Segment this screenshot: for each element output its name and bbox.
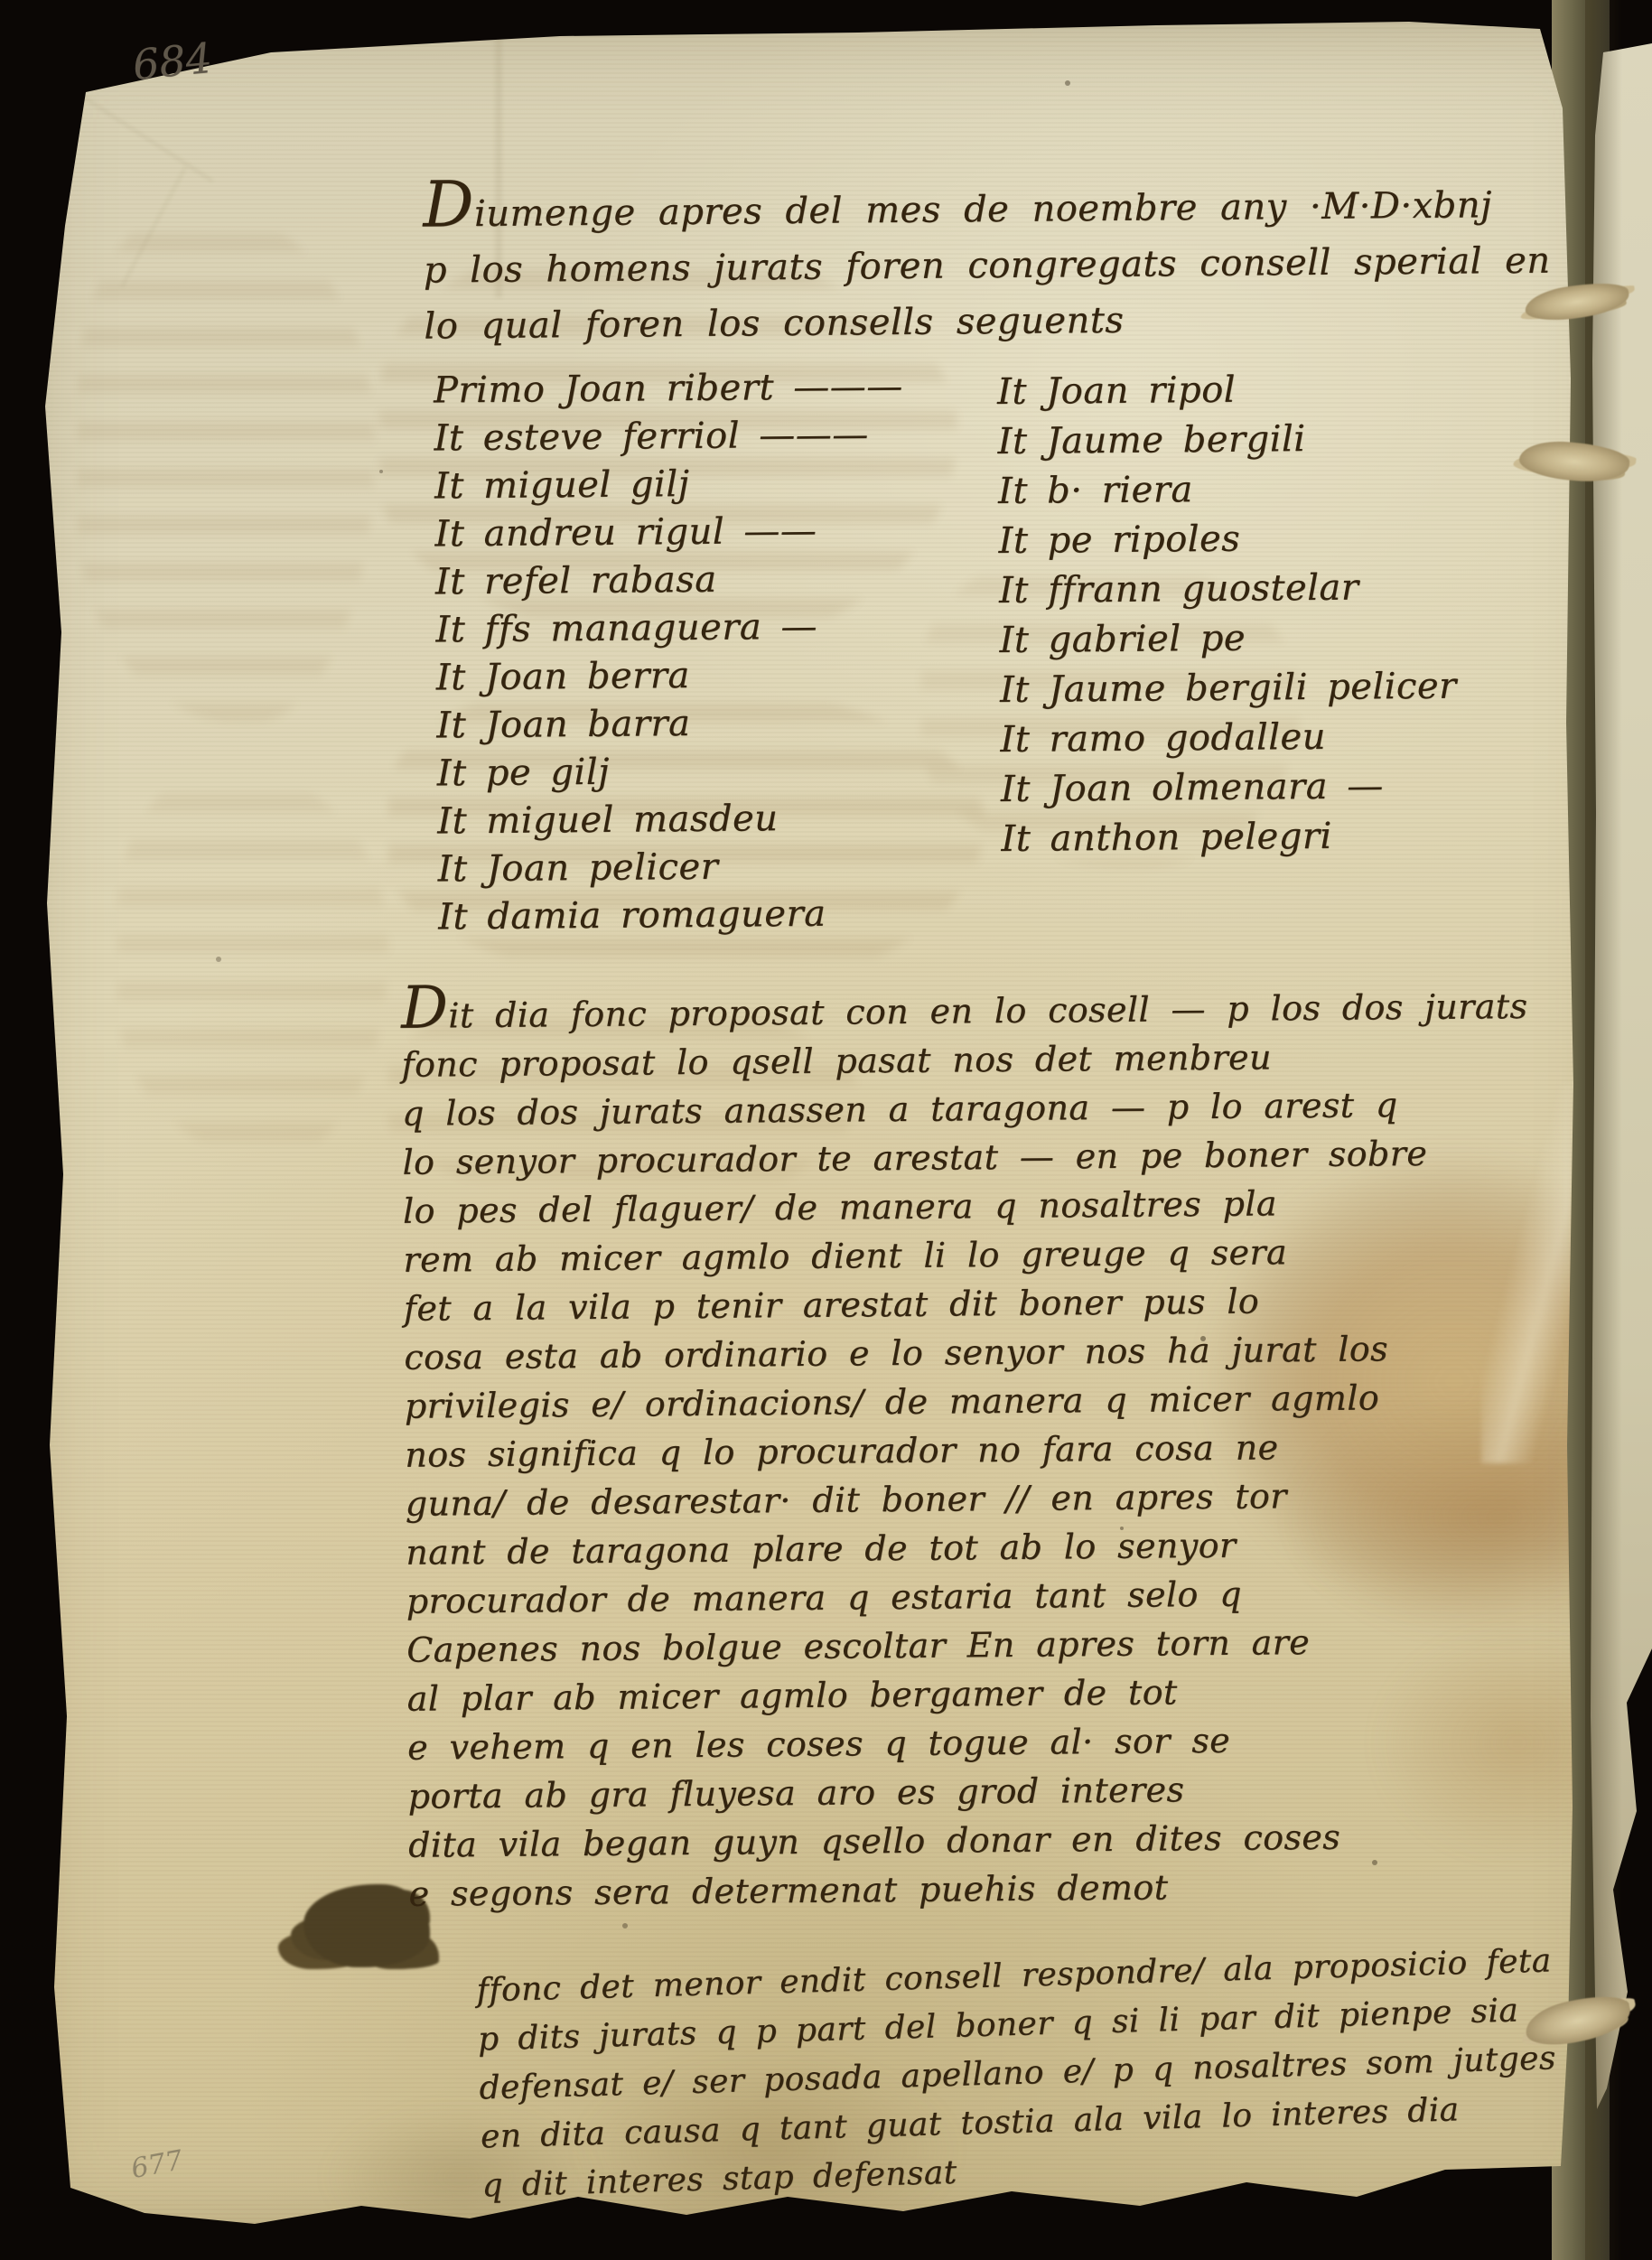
manuscript-line: It Joan berra	[436, 650, 906, 703]
manuscript-line: lo qual foren los consells seguents	[424, 289, 1551, 355]
manuscript-line: Diumenge apres del mes de noembre any ·M…	[423, 170, 1550, 243]
manuscript-line: It damia romaguera	[438, 890, 908, 942]
pencil-foliation-number: 677	[128, 2144, 185, 2185]
manuscript-line: It Joan barra	[436, 698, 906, 751]
session-heading: Diumenge apres del mes de noembre any ·M…	[423, 170, 1551, 355]
manuscript-line: It b· riera	[998, 463, 1455, 517]
manuscript-line: It gabriel pe	[999, 612, 1456, 666]
manuscript-line: It Jaume bergili pelicer	[1000, 662, 1457, 715]
manuscript-line: It Jaume bergili	[997, 414, 1454, 467]
manuscript-line: It miguel masdeu	[437, 794, 907, 846]
manuscript-line: p los homens jurats foren congregats con…	[424, 233, 1551, 299]
deliberation-paragraph: Dit dia fonc proposat con en lo cosell —…	[401, 976, 1535, 1919]
manuscript-scan: 684 Diumenge apres del mes de noembre an…	[0, 0, 1652, 2260]
manuscript-line: It anthon pelegri	[1001, 811, 1458, 864]
council-list-left-column: Primo Joan ribert ———It esteve ferriol —…	[434, 363, 908, 942]
manuscript-line: It Joan ripol	[997, 364, 1454, 417]
manuscript-line: privilegis e/ ordinacions/ de manera q m…	[405, 1372, 1532, 1431]
manuscript-line: Dit dia fonc proposat con en lo cosell —…	[401, 976, 1528, 1041]
manuscript-line: It Joan olmenara —	[1001, 761, 1458, 815]
manuscript-line: It Joan pelicer	[437, 842, 907, 894]
handwriting-layer: 684 Diumenge apres del mes de noembre an…	[0, 0, 1652, 2260]
manuscript-line: It miguel gilj	[434, 459, 904, 511]
resolution-paragraph: ffonc det menor endit consell respondre/…	[476, 1937, 1560, 2210]
manuscript-line: It refel rabasa	[435, 555, 905, 607]
council-list-right-column: It Joan ripolIt Jaume bergiliIt b· riera…	[997, 364, 1458, 864]
manuscript-line: It pe gilj	[437, 746, 907, 798]
manuscript-line: It esteve ferriol ———	[434, 411, 903, 463]
manuscript-line: e segons sera determenat puehis demot	[408, 1860, 1535, 1919]
manuscript-line: It ffrann guostelar	[999, 563, 1456, 616]
folio-number: 684	[130, 33, 214, 89]
manuscript-line: It pe ripoles	[998, 513, 1455, 566]
manuscript-line: It andreu rigul ——	[434, 507, 904, 559]
manuscript-line: lo senyor procurador te arestat — en pe …	[402, 1128, 1529, 1187]
manuscript-line: Primo Joan ribert ———	[434, 363, 903, 416]
manuscript-line: It ffs managuera —	[435, 602, 905, 655]
manuscript-line: It ramo godalleu	[1000, 712, 1457, 765]
